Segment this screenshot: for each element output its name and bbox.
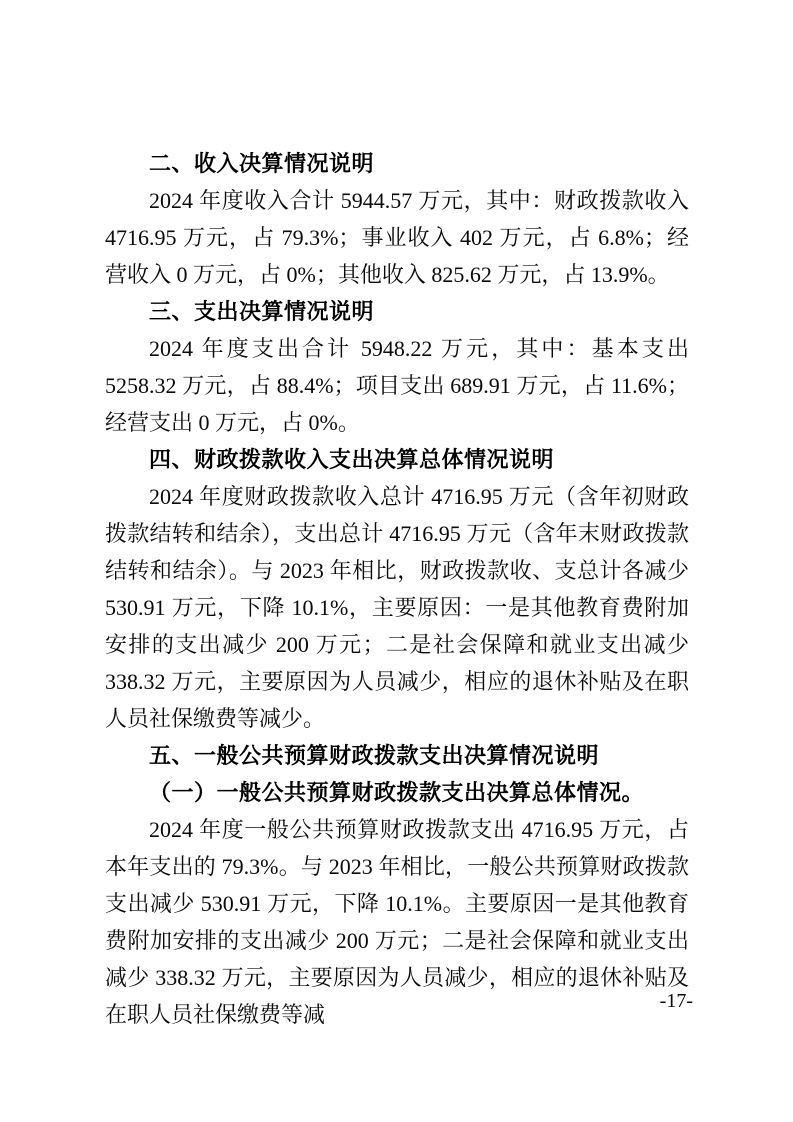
document-page: 二、收入决算情况说明 2024 年度收入合计 5944.57 万元，其中：财政拨… bbox=[0, 0, 793, 1122]
section-paragraph-fiscal-appropriation-overview: 2024 年度财政拨款收入总计 4716.95 万元（含年初财政拨款结转和结余）… bbox=[105, 478, 689, 737]
section-heading-fiscal-appropriation-overview: 四、财政拨款收入支出决算总体情况说明 bbox=[105, 441, 689, 478]
section-paragraph-income-statement: 2024 年度收入合计 5944.57 万元，其中：财政拨款收入 4716.95… bbox=[105, 182, 689, 293]
page-number: -17- bbox=[660, 989, 693, 1013]
section-paragraph-expenditure-statement: 2024 年度支出合计 5948.22 万元，其中：基本支出 5258.32 万… bbox=[105, 330, 689, 441]
section-heading-general-public-budget-expenditure: 五、一般公共预算财政拨款支出决算情况说明 bbox=[105, 737, 689, 774]
section-heading-income-statement: 二、收入决算情况说明 bbox=[105, 145, 689, 182]
document-content: 二、收入决算情况说明 2024 年度收入合计 5944.57 万元，其中：财政拨… bbox=[105, 145, 689, 1033]
subsection-heading-general-public-budget-overall: （一）一般公共预算财政拨款支出决算总体情况。 bbox=[105, 774, 689, 811]
section-heading-expenditure-statement: 三、支出决算情况说明 bbox=[105, 293, 689, 330]
section-paragraph-general-public-budget-expenditure: 2024 年度一般公共预算财政拨款支出 4716.95 万元，占本年支出的 79… bbox=[105, 811, 689, 1033]
